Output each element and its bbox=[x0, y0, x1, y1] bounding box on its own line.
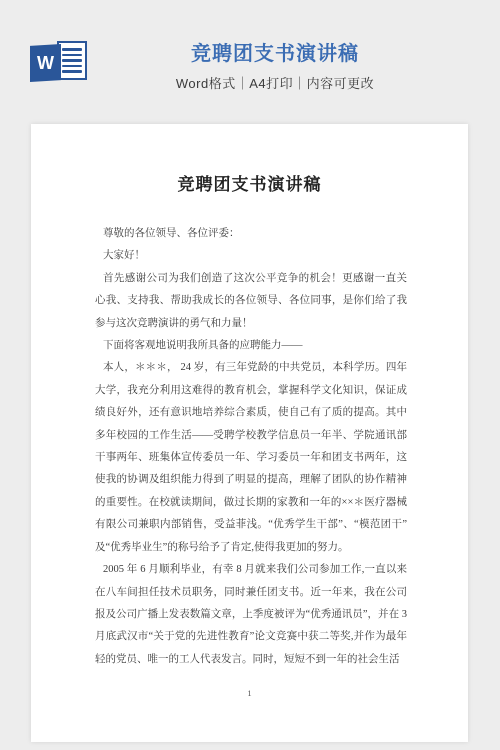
document-paragraph: 大家好！ bbox=[95, 245, 407, 267]
document-paragraph: 下面将客观地说明我所具备的应聘能力—— bbox=[95, 335, 407, 357]
template-title: 竞聘团支书演讲稿 bbox=[50, 42, 500, 66]
template-preview-screen: W 竞聘团支书演讲稿 Word格式｜A4打印｜内容可更改 竞聘团支书演讲稿 尊敬… bbox=[0, 0, 500, 750]
document-paragraph: 首先感谢公司为我们创造了这次公平竞争的机会！更感谢一直关心我、支持我、帮助我成长… bbox=[95, 268, 407, 335]
document-title: 竞聘团支书演讲稿 bbox=[31, 124, 468, 197]
document-paragraph: 本人，＊＊＊， 24 岁，有三年党龄的中共党员，本科学历。四年大学，我充分利用这… bbox=[95, 357, 407, 559]
document-page-preview[interactable]: 竞聘团支书演讲稿 尊敬的各位领导、各位评委：大家好！首先感谢公司为我们创造了这次… bbox=[31, 124, 468, 742]
document-paragraph: 尊敬的各位领导、各位评委： bbox=[95, 223, 407, 245]
header-text: 竞聘团支书演讲稿 Word格式｜A4打印｜内容可更改 bbox=[50, 42, 500, 92]
header: W 竞聘团支书演讲稿 Word格式｜A4打印｜内容可更改 bbox=[0, 0, 500, 124]
page-number: 1 bbox=[31, 688, 468, 698]
document-paragraph: 2005 年 6 月顺利毕业，有幸 8 月就来我们公司参加工作,一直以来在八车间… bbox=[95, 559, 407, 671]
template-subtitle: Word格式｜A4打印｜内容可更改 bbox=[50, 73, 500, 92]
document-body: 尊敬的各位领导、各位评委：大家好！首先感谢公司为我们创造了这次公平竞争的机会！更… bbox=[95, 223, 407, 671]
